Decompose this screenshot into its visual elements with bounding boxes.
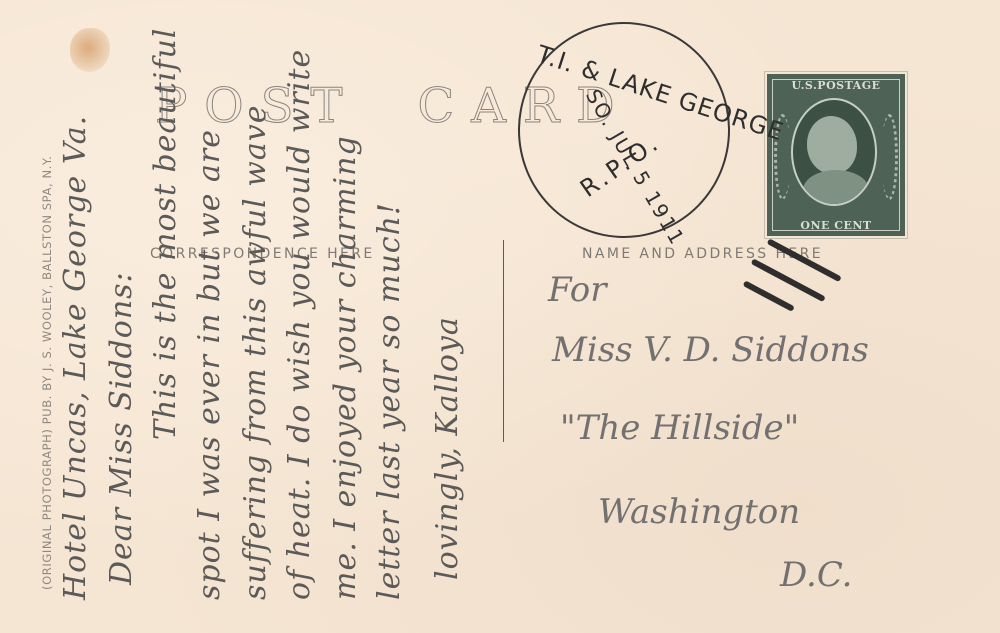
message-line: of heat. I do wish you would write	[282, 49, 317, 600]
address-line: "The Hillside"	[560, 408, 799, 448]
center-divider	[503, 240, 504, 442]
address-line: Miss V. D. Siddons	[552, 330, 869, 370]
message-line: Hotel Uncas, Lake George Va.	[58, 115, 93, 600]
message-line: spot I was ever in but we are	[192, 129, 227, 600]
message-line: This is the most beautiful	[148, 28, 183, 440]
postage-stamp: U.S.POSTAGE ONE CENT	[767, 74, 905, 236]
stamp-denomination: ONE CENT	[767, 219, 905, 232]
postcard-back: POSTCARD CORRESPONDENCE HERE NAME AND AD…	[0, 0, 1000, 633]
address-line: For	[548, 270, 606, 310]
message-line: suffering from this awful wave	[238, 105, 273, 600]
stain-mark	[70, 28, 110, 72]
franklin-portrait-icon	[791, 98, 877, 206]
laurel-right-icon	[881, 114, 898, 200]
message-line: me. I enjoyed your charming	[328, 135, 363, 600]
publisher-imprint: (ORIGINAL PHOTOGRAPH) PUB. BY J. S. WOOL…	[40, 156, 54, 590]
message-signature: lovingly, Kalloya	[430, 316, 465, 580]
stamp-top-text: U.S.POSTAGE	[767, 79, 905, 92]
address-line: Washington	[598, 492, 800, 532]
message-line: letter last year so much!	[372, 202, 407, 600]
message-line: Dear Miss Siddons:	[104, 271, 139, 585]
address-line: D.C.	[780, 555, 852, 595]
cancel-bar	[743, 280, 795, 312]
